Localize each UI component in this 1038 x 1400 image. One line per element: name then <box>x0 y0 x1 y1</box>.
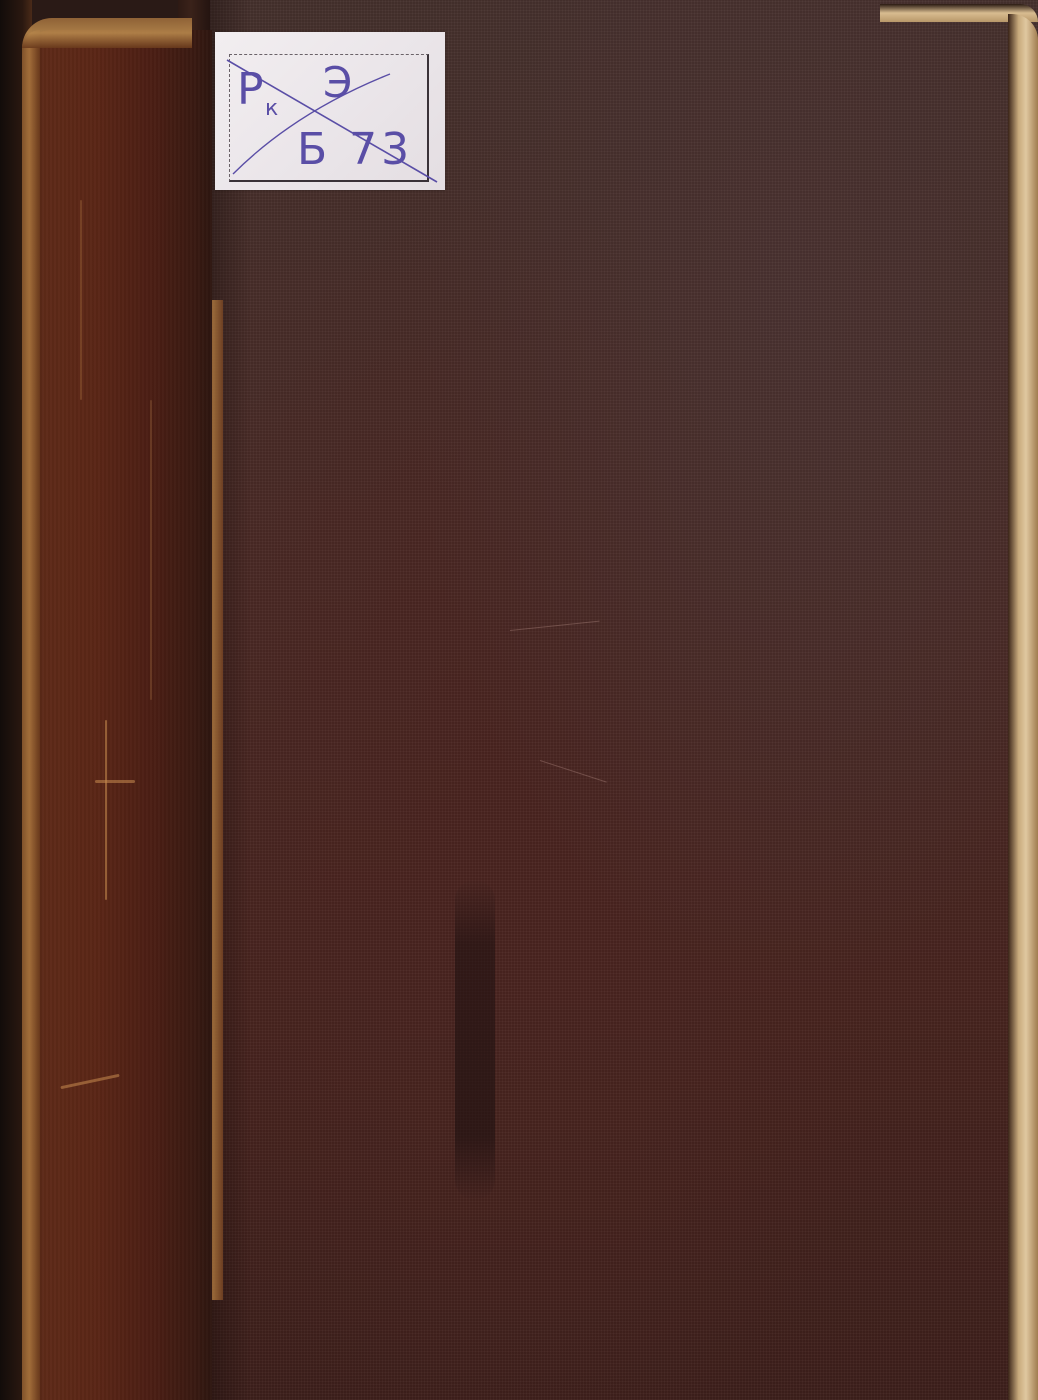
dark-stain <box>455 880 495 1200</box>
page-edges-right <box>1008 14 1038 1400</box>
leather-crack <box>105 720 107 900</box>
spine-top-worn <box>22 18 192 48</box>
cross-mark-icon <box>215 32 445 190</box>
spine-worn-edge <box>22 30 40 1400</box>
leather-crack <box>95 780 135 783</box>
leather-crack <box>80 200 82 400</box>
library-shelf-label: Р к Э Б 73 <box>215 32 445 190</box>
cloth-board <box>190 0 1038 1400</box>
leather-crack <box>150 400 152 700</box>
leather-spine <box>22 30 212 1400</box>
book-cover-photo: Р к Э Б 73 <box>0 0 1038 1400</box>
